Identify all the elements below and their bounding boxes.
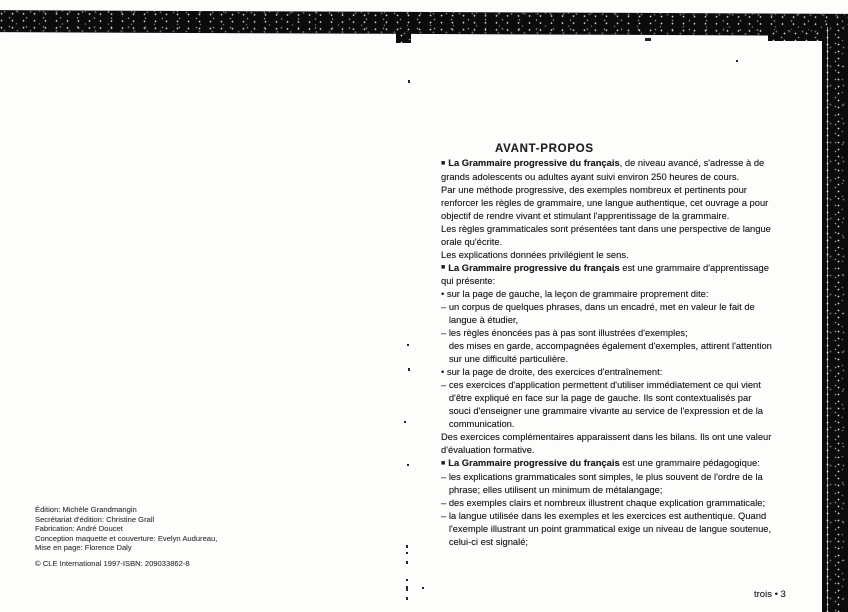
scan-speck <box>406 552 408 554</box>
paragraph-text: • sur la page de gauche, la leçon de gra… <box>441 288 772 364</box>
scan-speck <box>406 597 408 600</box>
paragraph-pedagogique: ■La Grammaire progressive du français es… <box>441 456 829 548</box>
copyright-isbn-line: © CLE International 1997-ISBN: 209033862… <box>35 559 217 569</box>
bullet-right-page-exercises: • sur la page de droite, des exercices d… <box>441 365 829 456</box>
scan-speck <box>404 421 406 423</box>
credit-line: Conception maquette et couverture: Evely… <box>35 534 217 544</box>
bold-book-title: La Grammaire progressive du français <box>448 262 619 273</box>
page-title: AVANT-PROPOS <box>495 142 829 156</box>
paragraph-text: est une grammaire pédagogique: – les exp… <box>441 457 771 547</box>
credit-line: Mise en page: Florence Daly <box>35 543 217 553</box>
scan-speck <box>422 587 424 589</box>
square-bullet-icon: ■ <box>441 264 445 271</box>
scan-artifact-notch <box>396 32 411 43</box>
scan-speck <box>406 561 408 564</box>
credit-line: Secrétariat d'édition: Christine Grall <box>35 515 217 525</box>
edition-credits-block: Édition: Michèle Grandmangin Secrétariat… <box>35 505 217 569</box>
scan-speck <box>408 368 410 371</box>
scan-speck <box>406 579 408 581</box>
scan-speck <box>406 586 408 591</box>
square-bullet-icon: ■ <box>441 460 445 467</box>
scan-top-band-artifact <box>0 10 848 36</box>
paragraph-intro: ■La Grammaire progressive du français, d… <box>441 156 829 261</box>
paragraph-text: • sur la page de droite, des exercices d… <box>441 366 771 455</box>
credit-line: Fabrication: André Doucet <box>35 524 217 534</box>
scan-speck <box>406 545 408 548</box>
paragraph-text: , de niveau avancé, s'adresse à de grand… <box>441 157 771 260</box>
scan-speck <box>407 344 409 346</box>
scan-speck <box>645 38 651 41</box>
scan-speck <box>736 60 738 62</box>
bold-book-title: La Grammaire progressive du français <box>448 457 619 468</box>
bullet-left-page-lesson: • sur la page de gauche, la leçon de gra… <box>441 287 829 365</box>
bold-book-title: La Grammaire progressive du français <box>448 157 619 168</box>
paragraph-apprentissage: ■La Grammaire progressive du français es… <box>441 261 829 288</box>
page-number-footer: trois • 3 <box>754 589 786 600</box>
avant-propos-page: AVANT-PROPOS ■La Grammaire progressive d… <box>441 142 829 548</box>
square-bullet-icon: ■ <box>441 160 445 167</box>
scanned-book-spread: Édition: Michèle Grandmangin Secrétariat… <box>0 0 848 612</box>
credit-line: Édition: Michèle Grandmangin <box>35 505 217 515</box>
scan-speck <box>408 80 410 83</box>
scan-speck <box>407 464 409 466</box>
